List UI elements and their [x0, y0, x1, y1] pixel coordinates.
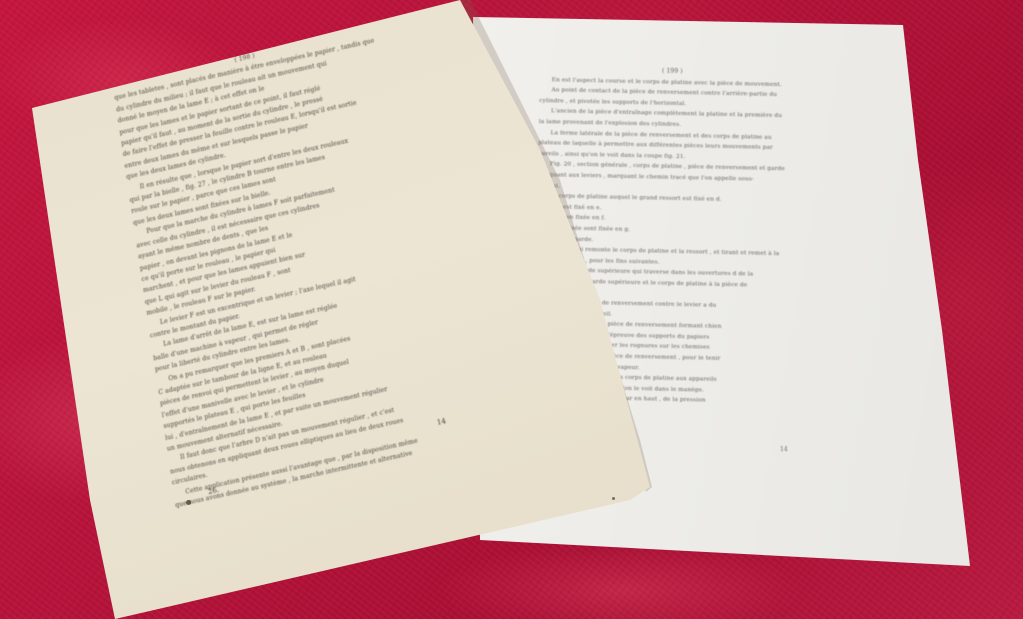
foxing-spot: [186, 500, 191, 505]
right-page-signature-mark: 14: [780, 446, 788, 453]
foxing-spot: [612, 497, 615, 500]
